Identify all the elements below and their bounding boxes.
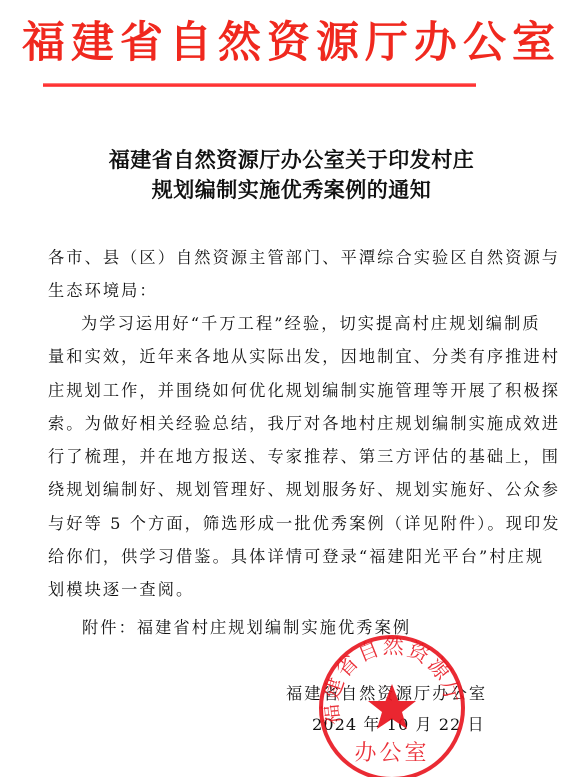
- document-title: 福建省自然资源厅办公室关于印发村庄 规划编制实施优秀案例的通知: [0, 145, 583, 205]
- letterhead-org-name: 福建省自然资源厅办公室: [0, 18, 583, 68]
- title-line-2: 规划编制实施优秀案例的通知: [0, 175, 583, 205]
- body-line: 与好等 5 个方面，筛选形成一批优秀案例（详见附件）。现印发: [48, 507, 532, 540]
- body-line: 庄规划工作，并围绕如何优化规划编制实施管理等开展了积极探: [48, 374, 532, 407]
- body-line: 绕规划编制好、规划管理好、规划服务好、规划实施好、公众参: [48, 473, 532, 506]
- body-line: 索。为做好相关经验总结，我厅对各地村庄规划编制实施成效进: [48, 407, 532, 440]
- body-line: 量和实效，近年来各地从实际出发，因地制宜、分类有序推进村: [48, 340, 532, 373]
- title-line-1: 福建省自然资源厅办公室关于印发村庄: [0, 145, 583, 175]
- body-line: 给你们，供学习借鉴。具体详情可登录“福建阳光平台”村庄规: [48, 540, 532, 573]
- stamp-bottom-text: 办公室: [354, 741, 429, 766]
- addressee-line-1: 各市、县（区）自然资源主管部门、平潭综合实验区自然资源与: [48, 241, 532, 274]
- star-icon: [368, 684, 416, 729]
- body-paragraph: 为学习运用好“千万工程”经验，切实提高村庄规划编制质 量和实效，近年来各地从实际…: [48, 307, 532, 607]
- addressee: 各市、县（区）自然资源主管部门、平潭综合实验区自然资源与 生态环境局：: [48, 241, 532, 308]
- addressee-line-2: 生态环境局：: [48, 274, 532, 307]
- body-line: 划模块逐一查阅。: [48, 573, 532, 606]
- letterhead-rule: [43, 83, 476, 87]
- body-line: 行了梳理，并在地方报送、专家推荐、第三方评估的基础上，围: [48, 440, 532, 473]
- official-seal-stamp: 福建省自然资源厅 办公室: [316, 632, 468, 777]
- body-line: 为学习运用好“千万工程”经验，切实提高村庄规划编制质: [48, 307, 532, 340]
